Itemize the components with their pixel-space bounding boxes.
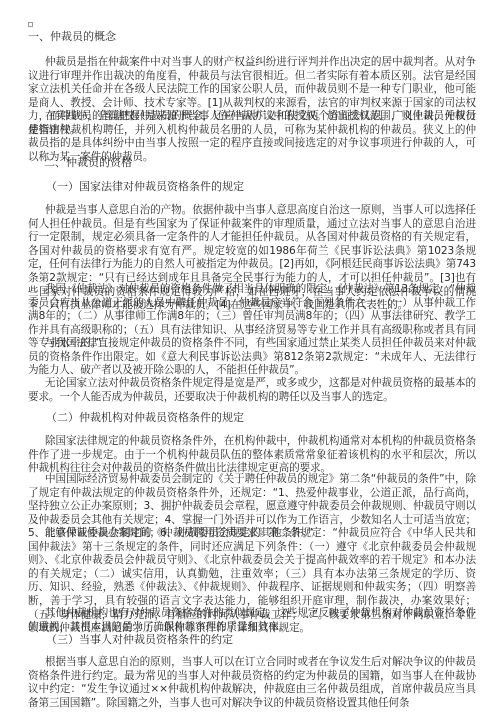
paragraph: 其他仲裁机构也有对仲裁员资格条件的类似规定。这些规定反映了仲裁机构对仲裁员资格条… [28,607,476,634]
paragraph: 根据当事人意思自治的原则，当事人可以在订立合同时或者在争议发生后对解决争议的仲裁… [28,656,476,710]
section-heading-concept: 一、仲裁员的概念 [28,30,116,43]
subsection-heading-institution: （二）仲裁机构对仲裁员资格条件的规定 [46,411,244,424]
paragraph: 与我国法律直接规定仲裁员的资格条件不同，有些国家通过禁止某类人员担任仲裁员来对仲… [28,337,476,378]
section-heading-qualification: 二、仲裁员的资格 [44,156,132,169]
paragraph: 无论国家立法对仲裁员资格条件规定得是宽是严，或多或少，这都是对仲裁员资格的最基本… [28,377,476,404]
subsection-heading-national-law: （一）国家法律对仲裁员资格条件的规定 [46,180,244,193]
subsection-heading-parties: （三）当事人对仲裁员资格条件的约定 [46,633,233,646]
paragraph: 除国家法律规定的仲裁员资格条件外，在机构仲裁中，仲裁机构通常对本机构的仲裁员资格… [28,435,476,476]
paragraph-marker-icon [28,22,33,27]
